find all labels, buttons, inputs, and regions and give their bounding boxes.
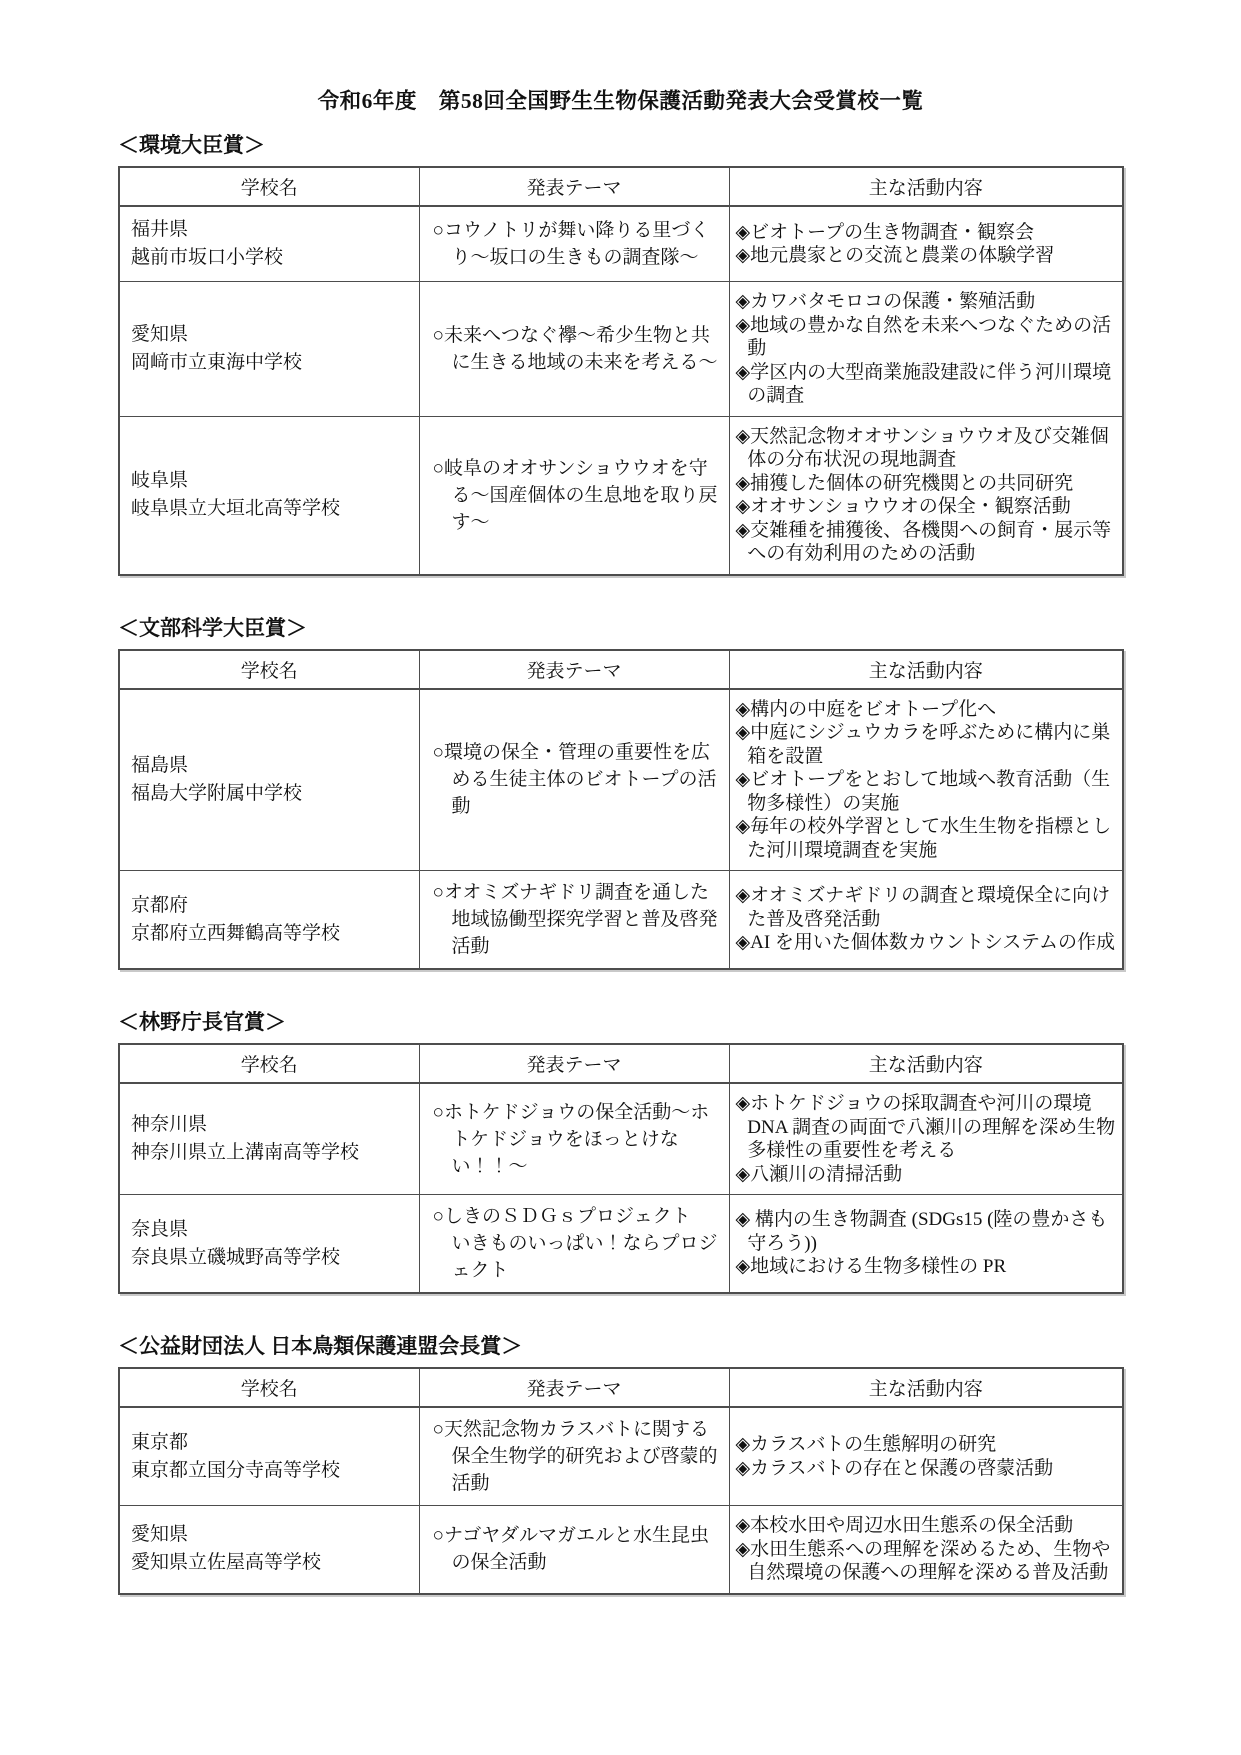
column-header-school: 学校名	[119, 650, 419, 689]
award-section: ＜文部科学大臣賞＞学校名発表テーマ主な活動内容福島県福島大学附属中学校○環境の保…	[118, 612, 1123, 971]
theme-text: ○ナゴヤダルマガエルと水生昆虫の保全活動	[433, 1522, 723, 1576]
diamond-bullet-icon: ◈	[736, 426, 751, 447]
theme-cell: ○ホトケドジョウの保全活動～ホトケドジョウをほっとけない！！～	[419, 1083, 729, 1195]
activities-cell: ◈天然記念物オオサンショウウオ及び交雑個体の分布状況の現地調査◈捕獲した個体の研…	[729, 416, 1123, 575]
page-title: 令和6年度 第58回全国野生生物保護活動発表大会受賞校一覧	[118, 84, 1123, 115]
activities-cell: ◈オオミズナギドリの調査と環境保全に向けた普及啓発活動◈AI を用いた個体数カウ…	[729, 871, 1123, 970]
activity-item: ◈中庭にシジュウカラを呼ぶために構内に巣箱を設置	[736, 721, 1118, 768]
column-header-school: 学校名	[119, 167, 419, 206]
table-row: 神奈川県神奈川県立上溝南高等学校○ホトケドジョウの保全活動～ホトケドジョウをほっ…	[119, 1083, 1123, 1195]
school-line: 東京都	[131, 1429, 413, 1457]
activity-item: ◈ビオトープをとおして地域へ教育活動（生物多様性）の実施	[736, 768, 1118, 815]
school-cell: 福井県越前市坂口小学校	[119, 206, 419, 282]
school-line: 神奈川県立上溝南高等学校	[131, 1139, 413, 1167]
activity-text: 天然記念物オオサンショウウオ及び交雑個体の分布状況の現地調査	[747, 426, 1109, 471]
table-row: 福井県越前市坂口小学校○コウノトリが舞い降りる里づくり～坂口の生きもの調査隊～◈…	[119, 206, 1123, 282]
activity-text: カラスバトの生態解明の研究	[750, 1434, 996, 1455]
column-header-theme: 発表テーマ	[419, 650, 729, 689]
school-line: 福島県	[131, 752, 413, 780]
activity-item: ◈AI を用いた個体数カウントシステムの作成	[736, 931, 1118, 955]
activity-text: ビオトープの生き物調査・観察会	[750, 222, 1034, 243]
school-line: 岐阜県	[131, 467, 413, 495]
award-section: ＜公益財団法人 日本鳥類保護連盟会長賞＞学校名発表テーマ主な活動内容東京都東京都…	[118, 1330, 1123, 1595]
table-row: 奈良県奈良県立磯城野高等学校○しきのＳＤＧｓプロジェクト いきものいっぱい！なら…	[119, 1195, 1123, 1294]
diamond-bullet-icon: ◈	[736, 1164, 751, 1185]
activity-item: ◈構内の中庭をビオトープ化へ	[736, 698, 1118, 722]
school-line: 神奈川県	[131, 1111, 413, 1139]
activity-text: 地域における生物多様性の PR	[750, 1256, 1006, 1277]
activity-text: カワバタモロコの保護・繁殖活動	[750, 291, 1035, 312]
school-line: 岐阜県立大垣北高等学校	[131, 495, 413, 523]
activity-text: 水田生態系への理解を深めるため、生物や自然環境の保護への理解を深める普及活動	[747, 1539, 1110, 1584]
diamond-bullet-icon: ◈	[736, 315, 751, 336]
school-cell: 愛知県岡﨑市立東海中学校	[119, 282, 419, 417]
theme-text: ○天然記念物カラスバトに関する保全生物学的研究および啓蒙的活動	[433, 1416, 723, 1497]
activity-item: ◈地元農家との交流と農業の体験学習	[736, 244, 1118, 268]
column-header-activities: 主な活動内容	[729, 650, 1123, 689]
award-section: ＜環境大臣賞＞学校名発表テーマ主な活動内容福井県越前市坂口小学校○コウノトリが舞…	[118, 129, 1123, 576]
diamond-bullet-icon: ◈	[736, 1515, 751, 1536]
theme-text: ○環境の保全・管理の重要性を広める生徒主体のビオトープの活動	[433, 739, 723, 820]
diamond-bullet-icon: ◈	[736, 222, 751, 243]
activity-item: ◈交雑種を捕獲後、各機関への飼育・展示等への有効利用のための活動	[736, 519, 1118, 566]
award-table: 学校名発表テーマ主な活動内容福島県福島大学附属中学校○環境の保全・管理の重要性を…	[118, 649, 1124, 971]
table-row: 京都府京都府立西舞鶴高等学校○オオミズナギドリ調査を通した地域協働型探究学習と普…	[119, 871, 1123, 970]
diamond-bullet-icon: ◈	[736, 291, 751, 312]
diamond-bullet-icon: ◈	[736, 699, 751, 720]
column-header-school: 学校名	[119, 1368, 419, 1407]
diamond-bullet-icon: ◈	[736, 362, 751, 383]
section-heading: ＜公益財団法人 日本鳥類保護連盟会長賞＞	[118, 1330, 1123, 1360]
activity-text: AI を用いた個体数カウントシステムの作成	[750, 932, 1115, 953]
diamond-bullet-icon: ◈	[736, 1093, 751, 1114]
diamond-bullet-icon: ◈	[736, 496, 751, 517]
activity-text: 地元農家との交流と農業の体験学習	[750, 245, 1054, 266]
activity-item: ◈カラスバトの生態解明の研究	[736, 1433, 1118, 1457]
column-header-activities: 主な活動内容	[729, 1044, 1123, 1083]
table-header: 学校名発表テーマ主な活動内容	[119, 167, 1123, 206]
diamond-bullet-icon: ◈	[736, 473, 751, 494]
theme-cell: ○天然記念物カラスバトに関する保全生物学的研究および啓蒙的活動	[419, 1407, 729, 1506]
activity-item: ◈カラスバトの存在と保護の啓蒙活動	[736, 1457, 1118, 1481]
school-line: 京都府立西舞鶴高等学校	[131, 920, 413, 948]
theme-cell: ○岐阜のオオサンショウウオを守る～国産個体の生息地を取り戻す～	[419, 416, 729, 575]
activity-item: ◈ビオトープの生き物調査・観察会	[736, 221, 1118, 245]
activity-item: ◈捕獲した個体の研究機関との共同研究	[736, 472, 1118, 496]
school-line: 福井県	[131, 216, 413, 244]
diamond-bullet-icon: ◈	[736, 520, 751, 541]
activity-item: ◈学区内の大型商業施設建設に伴う河川環境の調査	[736, 361, 1118, 408]
table-row: 東京都東京都立国分寺高等学校○天然記念物カラスバトに関する保全生物学的研究および…	[119, 1407, 1123, 1506]
activities-cell: ◈カワバタモロコの保護・繁殖活動◈地域の豊かな自然を未来へつなぐための活動◈学区…	[729, 282, 1123, 417]
theme-text: ○岐阜のオオサンショウウオを守る～国産個体の生息地を取り戻す～	[433, 455, 723, 536]
activity-text: オオサンショウウオの保全・観察活動	[750, 496, 1071, 517]
school-line: 東京都立国分寺高等学校	[131, 1457, 413, 1485]
theme-cell: ○ナゴヤダルマガエルと水生昆虫の保全活動	[419, 1506, 729, 1594]
school-cell: 愛知県愛知県立佐屋高等学校	[119, 1506, 419, 1594]
award-table: 学校名発表テーマ主な活動内容東京都東京都立国分寺高等学校○天然記念物カラスバトに…	[118, 1367, 1124, 1595]
document-page: 令和6年度 第58回全国野生生物保護活動発表大会受賞校一覧 ＜環境大臣賞＞学校名…	[0, 0, 1241, 1595]
school-line: 愛知県	[131, 1521, 413, 1549]
theme-cell: ○コウノトリが舞い降りる里づくり～坂口の生きもの調査隊～	[419, 206, 729, 282]
activity-item: ◈ホトケドジョウの採取調査や河川の環境 DNA 調査の両面で八瀬川の理解を深め生…	[736, 1092, 1118, 1163]
theme-cell: ○未来へつなぐ襷～希少生物と共に生きる地域の未来を考える～	[419, 282, 729, 417]
diamond-bullet-icon: ◈	[736, 1434, 751, 1455]
activity-item: ◈オオサンショウウオの保全・観察活動	[736, 495, 1118, 519]
activity-item: ◈水田生態系への理解を深めるため、生物や自然環境の保護への理解を深める普及活動	[736, 1538, 1118, 1585]
diamond-bullet-icon: ◈	[736, 1458, 751, 1479]
theme-text: ○コウノトリが舞い降りる里づくり～坂口の生きもの調査隊～	[433, 217, 723, 271]
activity-text: 八瀬川の清掃活動	[750, 1164, 902, 1185]
activities-cell: ◈構内の中庭をビオトープ化へ◈中庭にシジュウカラを呼ぶために構内に巣箱を設置◈ビ…	[729, 689, 1123, 871]
activity-text: 毎年の校外学習として水生生物を指標とした河川環境調査を実施	[747, 816, 1111, 861]
activity-text: 交雑種を捕獲後、各機関への飼育・展示等への有効利用のための活動	[747, 520, 1111, 565]
school-line: 京都府	[131, 892, 413, 920]
table-row: 愛知県岡﨑市立東海中学校○未来へつなぐ襷～希少生物と共に生きる地域の未来を考える…	[119, 282, 1123, 417]
section-heading: ＜林野庁長官賞＞	[118, 1006, 1123, 1036]
school-cell: 京都府京都府立西舞鶴高等学校	[119, 871, 419, 970]
sections-container: ＜環境大臣賞＞学校名発表テーマ主な活動内容福井県越前市坂口小学校○コウノトリが舞…	[118, 129, 1123, 1595]
activity-item: ◈地域の豊かな自然を未来へつなぐための活動	[736, 314, 1118, 361]
activity-item: ◈毎年の校外学習として水生生物を指標とした河川環境調査を実施	[736, 815, 1118, 862]
activities-cell: ◈ 構内の生き物調査 (SDGs15 (陸の豊かさも守ろう))◈地域における生物…	[729, 1195, 1123, 1294]
diamond-bullet-icon: ◈	[736, 1256, 751, 1277]
activity-text: 捕獲した個体の研究機関との共同研究	[750, 473, 1073, 494]
column-header-theme: 発表テーマ	[419, 1044, 729, 1083]
school-cell: 奈良県奈良県立磯城野高等学校	[119, 1195, 419, 1294]
diamond-bullet-icon: ◈	[736, 816, 751, 837]
activities-cell: ◈ホトケドジョウの採取調査や河川の環境 DNA 調査の両面で八瀬川の理解を深め生…	[729, 1083, 1123, 1195]
activity-text: 学区内の大型商業施設建設に伴う河川環境の調査	[747, 362, 1111, 407]
diamond-bullet-icon: ◈	[736, 1539, 751, 1560]
theme-text: ○未来へつなぐ襷～希少生物と共に生きる地域の未来を考える～	[433, 322, 723, 376]
activity-item: ◈八瀬川の清掃活動	[736, 1163, 1118, 1187]
activity-text: 地域の豊かな自然を未来へつなぐための活動	[747, 315, 1111, 360]
table-header: 学校名発表テーマ主な活動内容	[119, 650, 1123, 689]
activity-text: ビオトープをとおして地域へ教育活動（生物多様性）の実施	[747, 769, 1110, 814]
theme-cell: ○環境の保全・管理の重要性を広める生徒主体のビオトープの活動	[419, 689, 729, 871]
section-heading: ＜環境大臣賞＞	[118, 129, 1123, 159]
school-cell: 神奈川県神奈川県立上溝南高等学校	[119, 1083, 419, 1195]
diamond-bullet-icon: ◈	[736, 769, 751, 790]
diamond-bullet-icon: ◈	[736, 932, 751, 953]
table-row: 福島県福島大学附属中学校○環境の保全・管理の重要性を広める生徒主体のビオトープの…	[119, 689, 1123, 871]
theme-text: ○ホトケドジョウの保全活動～ホトケドジョウをほっとけない！！～	[433, 1099, 723, 1180]
activity-text: 本校水田や周辺水田生態系の保全活動	[750, 1515, 1073, 1536]
column-header-activities: 主な活動内容	[729, 1368, 1123, 1407]
award-table: 学校名発表テーマ主な活動内容神奈川県神奈川県立上溝南高等学校○ホトケドジョウの保…	[118, 1043, 1124, 1294]
activity-item: ◈本校水田や周辺水田生態系の保全活動	[736, 1514, 1118, 1538]
column-header-activities: 主な活動内容	[729, 167, 1123, 206]
theme-text: ○オオミズナギドリ調査を通した地域協働型探究学習と普及啓発活動	[433, 879, 723, 960]
column-header-theme: 発表テーマ	[419, 167, 729, 206]
school-line: 越前市坂口小学校	[131, 244, 413, 272]
activity-text: 構内の生き物調査 (SDGs15 (陸の豊かさも守ろう))	[747, 1209, 1107, 1254]
header-row: 学校名発表テーマ主な活動内容	[119, 1368, 1123, 1407]
theme-text: ○しきのＳＤＧｓプロジェクト いきものいっぱい！ならプロジェクト	[433, 1203, 723, 1284]
diamond-bullet-icon: ◈	[736, 722, 751, 743]
activity-text: 構内の中庭をビオトープ化へ	[750, 699, 996, 720]
school-line: 奈良県	[131, 1216, 413, 1244]
school-cell: 岐阜県岐阜県立大垣北高等学校	[119, 416, 419, 575]
activity-text: 中庭にシジュウカラを呼ぶために構内に巣箱を設置	[747, 722, 1110, 767]
award-section: ＜林野庁長官賞＞学校名発表テーマ主な活動内容神奈川県神奈川県立上溝南高等学校○ホ…	[118, 1006, 1123, 1294]
activity-item: ◈ 構内の生き物調査 (SDGs15 (陸の豊かさも守ろう))	[736, 1208, 1118, 1255]
school-cell: 福島県福島大学附属中学校	[119, 689, 419, 871]
award-table: 学校名発表テーマ主な活動内容福井県越前市坂口小学校○コウノトリが舞い降りる里づく…	[118, 166, 1124, 576]
school-cell: 東京都東京都立国分寺高等学校	[119, 1407, 419, 1506]
school-line: 福島大学附属中学校	[131, 780, 413, 808]
activity-item: ◈カワバタモロコの保護・繁殖活動	[736, 290, 1118, 314]
header-row: 学校名発表テーマ主な活動内容	[119, 650, 1123, 689]
diamond-bullet-icon: ◈	[736, 885, 751, 906]
column-header-theme: 発表テーマ	[419, 1368, 729, 1407]
activity-item: ◈オオミズナギドリの調査と環境保全に向けた普及啓発活動	[736, 884, 1118, 931]
column-header-school: 学校名	[119, 1044, 419, 1083]
table-row: 岐阜県岐阜県立大垣北高等学校○岐阜のオオサンショウウオを守る～国産個体の生息地を…	[119, 416, 1123, 575]
header-row: 学校名発表テーマ主な活動内容	[119, 1044, 1123, 1083]
diamond-bullet-icon: ◈	[736, 245, 751, 266]
activity-item: ◈地域における生物多様性の PR	[736, 1255, 1118, 1279]
activity-item: ◈天然記念物オオサンショウウオ及び交雑個体の分布状況の現地調査	[736, 425, 1118, 472]
activities-cell: ◈ビオトープの生き物調査・観察会◈地元農家との交流と農業の体験学習	[729, 206, 1123, 282]
table-row: 愛知県愛知県立佐屋高等学校○ナゴヤダルマガエルと水生昆虫の保全活動◈本校水田や周…	[119, 1506, 1123, 1594]
school-line: 奈良県立磯城野高等学校	[131, 1244, 413, 1272]
activity-text: ホトケドジョウの採取調査や河川の環境 DNA 調査の両面で八瀬川の理解を深め生物…	[747, 1093, 1115, 1161]
activities-cell: ◈カラスバトの生態解明の研究◈カラスバトの存在と保護の啓蒙活動	[729, 1407, 1123, 1506]
table-header: 学校名発表テーマ主な活動内容	[119, 1044, 1123, 1083]
activity-text: カラスバトの存在と保護の啓蒙活動	[750, 1458, 1053, 1479]
diamond-bullet-icon: ◈	[736, 1209, 751, 1230]
theme-cell: ○オオミズナギドリ調査を通した地域協働型探究学習と普及啓発活動	[419, 871, 729, 970]
school-line: 愛知県立佐屋高等学校	[131, 1549, 413, 1577]
activities-cell: ◈本校水田や周辺水田生態系の保全活動◈水田生態系への理解を深めるため、生物や自然…	[729, 1506, 1123, 1594]
school-line: 岡﨑市立東海中学校	[131, 349, 413, 377]
table-header: 学校名発表テーマ主な活動内容	[119, 1368, 1123, 1407]
activity-text: オオミズナギドリの調査と環境保全に向けた普及啓発活動	[747, 885, 1110, 930]
school-line: 愛知県	[131, 321, 413, 349]
section-heading: ＜文部科学大臣賞＞	[118, 612, 1123, 642]
header-row: 学校名発表テーマ主な活動内容	[119, 167, 1123, 206]
theme-cell: ○しきのＳＤＧｓプロジェクト いきものいっぱい！ならプロジェクト	[419, 1195, 729, 1294]
